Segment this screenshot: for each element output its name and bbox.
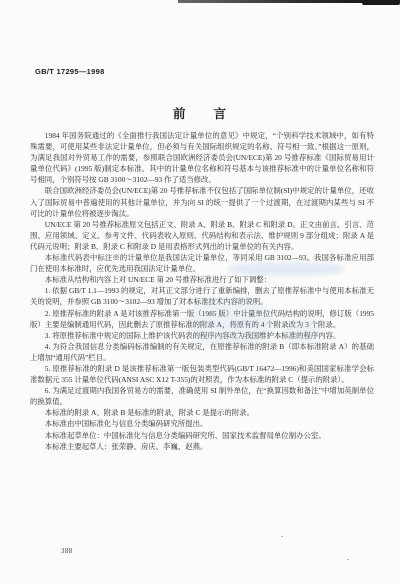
paragraph: 2. 原推荐标准的附录 A 是对该推荐标准第一版（1985 版）中计量单位代码结… — [30, 308, 374, 330]
page-number: 388 — [61, 548, 73, 555]
paragraph: UN/ECE 第 20 号推荐标准原文包括正文、附录 A、附录 B、附录 C 和… — [30, 219, 374, 252]
paragraph: 3. 将原推荐标准中规定的国际上维护该代码表的程序内容改为我国维护本标准的程序内… — [30, 330, 374, 341]
paragraph: 5. 原推荐标准的附录 D 是该推荐标准第一版包装类型代码(GB/T 16472… — [30, 363, 374, 385]
scan-speck — [334, 135, 337, 136]
scanned-document-page: GB/T 17295—1998 前 言 1984 年国务院通过的《全面推行我国法… — [0, 0, 400, 584]
scan-speck — [347, 559, 349, 560]
paragraph: 1984 年国务院通过的《全面推行我国法定计量单位的意见》中规定，“个别科学技术… — [30, 130, 374, 185]
scan-edge-shadow — [178, 0, 400, 3]
paragraph: 6. 为满足过渡期内我国各贸易方的需要，准确使用 SI 制外单位，在“换算因数和… — [30, 385, 374, 407]
paragraph: 联合国欧洲经济委员会(UN/ECE)第 20 号推荐标准不仅包括了国际单位制(S… — [30, 185, 374, 218]
paragraph: 本标准由中国标准化与信息分类编码研究所提出。 — [30, 418, 374, 429]
document-body: 1984 年国务院通过的《全面推行我国法定计量单位的意见》中规定，“个别科学技术… — [30, 130, 374, 452]
paragraph: 1. 依据 GB/T 1.1—1993 的规定，对其正文部分进行了重新编排，删去… — [30, 285, 374, 307]
paragraph: 4. 为符合我国信息分类编码标准编制的有关规定，在原推荐标准的附录 B（即本标准… — [30, 341, 374, 363]
scan-speck — [281, 536, 283, 537]
standard-code: GB/T 17295—1998 — [35, 67, 105, 76]
paragraph: 本标准起草单位：中国标准化与信息分类编码研究所、国家技术监督局单位制办公室。 — [30, 430, 374, 441]
paragraph: 本标准代码表中标注※的计量单位是我国法定计量单位，等同采用 GB 3102—93… — [30, 252, 374, 274]
paragraph: 本标准的附录 A、附录 B 是标准的附录，附录 C 是提示的附录。 — [30, 407, 374, 418]
paragraph: 本标准从结构和内容上对 UN/ECE 第 20 号推荐标准进行了如下调整： — [30, 274, 374, 285]
page-title: 前 言 — [0, 104, 400, 122]
paragraph: 本标准主要起草人：张荣静、房庆、李巍、赵燕。 — [30, 441, 374, 452]
